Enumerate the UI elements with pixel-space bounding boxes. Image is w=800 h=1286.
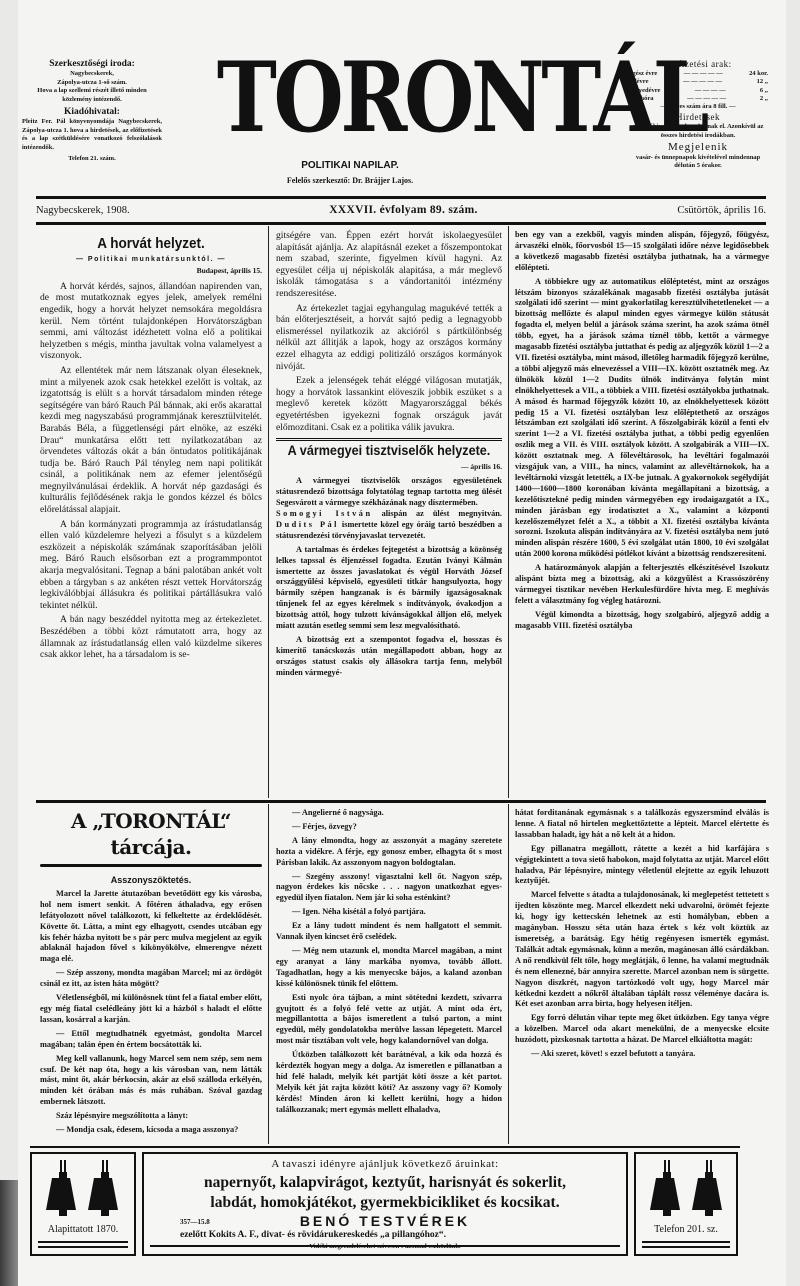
ad-line: A tavaszi idényre ajánljuk következő áru… (144, 1158, 626, 1170)
person-name: Somogyi István (276, 509, 373, 518)
lamp-icon (650, 1160, 726, 1216)
paragraph: A horvát kérdés, sajnos, állandóan napir… (40, 281, 262, 362)
dash-leader: — — — — — (687, 95, 726, 103)
paragraph: A bán kormányzati programmja az írástuda… (40, 519, 262, 612)
paragraph: Ez a lány tudott mindent és nem hallgato… (276, 921, 502, 943)
ad-line: napernyőt, kalapvirágot, keztyűt, harisn… (144, 1174, 626, 1192)
ad-line: ezelőtt Kokits A. F., divat- és rövidáru… (180, 1230, 616, 1240)
paragraph: A többiekre ugy az automatikus előléptet… (515, 277, 769, 561)
paragraph: Marcel la Jarette átutazóban bevetődött … (40, 889, 262, 965)
office-phone: Telefon 21. szám. (22, 155, 162, 164)
price-period: Egész évre (628, 70, 657, 78)
editor-line: Felelős szerkesztő: Dr. Brájjer Lajos. (230, 176, 470, 185)
paragraph-names: Somogyi István alispán az ülést megnyitv… (276, 509, 502, 542)
price-row: Negyedévre— — — —6 „ (628, 87, 768, 95)
paragraph: Esti nyolc óra tájban, a mint sötétedni … (276, 993, 502, 1048)
paragraph: Egy forró délután vihar tepte meg őket ú… (515, 1013, 769, 1046)
newspaper-subtitle: POLITIKAI NAPILAP. (250, 160, 450, 171)
paragraph: hátat forditanának egymásnak s a találko… (515, 808, 769, 841)
dash-leader: — — — — — (683, 78, 722, 86)
place-year: Nagybecskerek, 1908. (36, 205, 130, 216)
paragraph: Az ellentétek már nem látszanak olyan él… (40, 365, 262, 516)
paragraph: A bán nagy beszéddel nyitotta meg az ért… (40, 614, 262, 660)
price-amount: 24 kor. (749, 70, 768, 78)
paragraph: Végül kimondta a bizottság, hogy szolgab… (515, 610, 769, 632)
issue-date: Csütörtök, április 16. (677, 205, 766, 216)
feuilleton-column-3: hátat forditanának egymásnak s a találko… (515, 808, 769, 1063)
ad-caption: Alapittatott 1870. (32, 1224, 134, 1235)
article-dateline: Budapest, április 15. (40, 265, 262, 277)
paragraph: Száz lépésnyire megszólította a lányt: (40, 1111, 262, 1122)
price-period: Negyedévre (628, 87, 660, 95)
ad-firm-name: BENÓ TESTVÉREK (144, 1213, 626, 1229)
paragraph: A határozmányok alapján a felterjesztés … (515, 563, 769, 607)
paragraph: gitségére van. Éppen ezért horvát iskola… (276, 230, 502, 300)
feuilleton-title: A „TORONTÁL“ tárcája. (40, 808, 262, 860)
price-period: Egy hóra (628, 95, 653, 103)
paragraph: A lány elmondta, hogy az asszonyát a mag… (276, 836, 502, 869)
price-row: Félévre— — — — —12 „ (628, 78, 768, 86)
price-amount: 2 „ (760, 95, 768, 103)
ads-text: a kiadóhivatalban fogadtatnak el. Azonkí… (628, 123, 768, 140)
paragraph: — Ettől megtudhatnék egyetmást, gondolta… (40, 1029, 262, 1051)
paragraph: Az értekezlet tagjai egyhangulag magukév… (276, 303, 502, 373)
ad-decor-lines (150, 1245, 620, 1250)
masthead-right-info: Előfizetési arak: Egész évre— — — — —24 … (628, 58, 768, 171)
feuilleton-separator (36, 800, 766, 803)
article-title: A horvát helyzet. (51, 238, 251, 250)
price-amount: 6 „ (760, 87, 768, 95)
prices-heading: Előfizetési arak: (628, 58, 768, 70)
ad-line: labdát, homokjátékot, gyermekbicikliket … (144, 1194, 626, 1212)
paragraph: Véletlenségből, mi különösnek tünt fel a… (40, 993, 262, 1026)
price-row: Egy hóra— — — — —2 „ (628, 95, 768, 103)
ads-top-rule (30, 1146, 740, 1148)
feuilleton-column-2: — Angelierné ő nagysága. — Férjes, özveg… (276, 808, 502, 1119)
publisher-text: Pleitz Fer. Pál könyvnyomdája Nagybecske… (22, 118, 162, 152)
masthead-rule-top (36, 196, 766, 199)
column-divider (508, 226, 509, 798)
paragraph: A vármegyei tisztviselők országos egyesü… (276, 476, 502, 509)
person-name: Dudits Pál (276, 520, 339, 529)
article-continuation-column: gitségére van. Éppen ezért horvát iskola… (276, 230, 502, 682)
paragraph: — Férjes, özvegy? (276, 822, 502, 833)
feuilleton-title-rule (40, 864, 262, 867)
price-period: Félévre (628, 78, 648, 86)
price-amount: 12 „ (757, 78, 768, 86)
article-dateline: — április 16. (276, 461, 502, 473)
column-divider (508, 804, 509, 1144)
paragraph: Egy pillanatra megállott, rátette a kezé… (515, 844, 769, 888)
column-divider (268, 804, 269, 1144)
paragraph: Meg kell vallanunk, hogy Marcel sem nem … (40, 1054, 262, 1109)
dateline: Nagybecskerek, 1908. XXXVII. évfolyam 89… (36, 200, 766, 220)
price-row: Egész évre— — — — —24 kor. (628, 70, 768, 78)
ad-caption: Telefon 201. sz. (636, 1224, 736, 1235)
paragraph: A bizottság ezt a szempontot fogadva el,… (276, 635, 502, 679)
dash-leader: — — — — (695, 87, 726, 95)
feuilleton-column-1: A „TORONTÁL“ tárcája. Asszonyszöktetés. … (40, 808, 262, 1139)
paragraph: — Mondja csak, édesem, kicsoda a maga as… (40, 1125, 262, 1136)
paragraph: — Szép asszony, mondta magában Marcel; m… (40, 968, 262, 990)
paragraph: Marcel felvette s átadta a tulajdonosána… (515, 890, 769, 1010)
paragraph: Útközben találkozott két barátnéval, a k… (276, 1050, 502, 1115)
paragraph: A tartalmas és érdekes fejtegetést a biz… (276, 545, 502, 632)
column-divider (268, 226, 269, 798)
article-title: A vármegyei tisztviselők helyzete. (287, 445, 490, 457)
article-horvat-helyzet: A horvát helyzet. — Politikai munkatársu… (40, 236, 262, 664)
office-note: Hova a lap szellemi részét illető minden… (22, 87, 162, 104)
article-separator (276, 438, 502, 441)
paragraph: — Szegény asszony! vigasztalni kell őt. … (276, 872, 502, 905)
ad-left-box: Alapittatott 1870. (30, 1152, 136, 1256)
office-city: Nagybecskerek, (22, 70, 162, 79)
paragraph: — Aki szeret, követ! s ezzel befutott a … (515, 1049, 769, 1060)
office-street: Zápolya-utcza 1-ső szám. (22, 79, 162, 88)
ads-heading: Hirdetések (628, 111, 768, 123)
newspaper-title: TORONTÁL (217, 48, 583, 148)
dash-leader: — — — — — (684, 70, 723, 78)
ad-beno-testverek: A tavaszi idényre ajánljuk következő áru… (142, 1152, 628, 1256)
masthead-rule-bottom (36, 222, 766, 225)
appears-heading: Megjelenik (628, 140, 768, 154)
paragraph: — Angelierné ő nagysága. (276, 808, 502, 819)
paragraph: — Még nem utazunk el, mondta Marcel magá… (276, 946, 502, 990)
single-copy-price: — Egyes szám ára 8 fill. — (628, 103, 768, 111)
ad-decor-lines (38, 1241, 128, 1248)
lamp-icon (46, 1160, 122, 1216)
paragraph: Ezek a jelenségek tehát eléggé világosan… (276, 375, 502, 433)
volume-number: XXXVII. évfolyam 89. szám. (329, 204, 477, 216)
masthead-left-info: Szerkesztőségi iroda: Nagybecskerek, Záp… (22, 58, 162, 164)
ad-right-box: Telefon 201. sz. (634, 1152, 738, 1256)
article-kicker: — Politikai munkatársunktól. — (40, 254, 262, 266)
text: alispán az ülést megnyitván. (373, 509, 502, 518)
publisher-heading: Kiadóhivatal: (22, 106, 162, 118)
office-heading: Szerkesztőségi iroda: (22, 58, 162, 70)
story-title: Asszonyszöktetés. (40, 875, 262, 886)
paragraph: ben egy van a ezekből, vagyis minden ali… (515, 230, 769, 274)
paragraph: — Igen. Néha kisétál a folyó partjára. (276, 907, 502, 918)
appears-text: vasár- és ünnepnapok kivételével mindenn… (628, 154, 768, 171)
ad-decor-lines (642, 1241, 730, 1248)
article-varmegyei-continuation: ben egy van a ezekből, vagyis minden ali… (515, 230, 769, 635)
